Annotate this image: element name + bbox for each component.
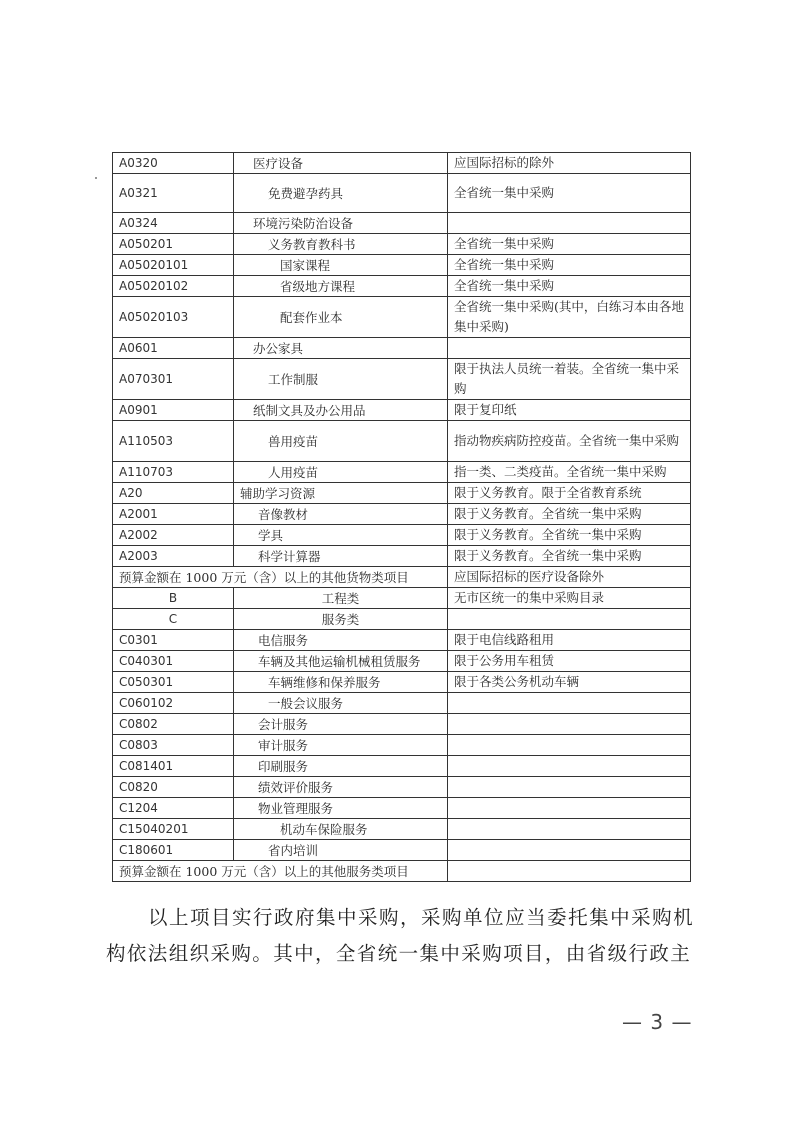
item-code: A2003	[113, 546, 234, 567]
item-code: A0321	[113, 174, 234, 213]
item-name: 国家课程	[234, 255, 448, 276]
item-name: 车辆维修和保养服务	[234, 672, 448, 693]
item-note	[448, 714, 691, 735]
table-row-merged: 预算金额在 1000 万元（含）以上的其他货物类项目 应国际招标的医疗设备除外	[113, 567, 691, 588]
item-name: 义务教育教科书	[234, 234, 448, 255]
item-name: 医疗设备	[234, 153, 448, 174]
item-code: A110703	[113, 462, 234, 483]
item-name: 学具	[234, 525, 448, 546]
item-note: 限于义务教育。全省统一集中采购	[448, 504, 691, 525]
page-number: — 3 —	[622, 1010, 692, 1034]
item-note	[448, 861, 691, 882]
category-code: B	[113, 588, 234, 609]
table-row: A050201 义务教育教科书 全省统一集中采购	[113, 234, 691, 255]
item-code: A2002	[113, 525, 234, 546]
item-note	[448, 609, 691, 630]
table-row: C040301 车辆及其他运输机械租赁服务 限于公务用车租赁	[113, 651, 691, 672]
item-name: 审计服务	[234, 735, 448, 756]
item-name: 音像教材	[234, 504, 448, 525]
table-row: C180601 省内培训	[113, 840, 691, 861]
item-note: 限于复印纸	[448, 400, 691, 421]
table-row: C0820 绩效评价服务	[113, 777, 691, 798]
table-row: A110503 兽用疫苗 指动物疾病防控疫苗。全省统一集中采购	[113, 421, 691, 462]
item-note	[448, 798, 691, 819]
item-code: A0320	[113, 153, 234, 174]
item-name: 辅助学习资源	[234, 483, 448, 504]
item-note: 全省统一集中采购	[448, 276, 691, 297]
item-code: C0802	[113, 714, 234, 735]
item-note: 限于公务用车租赁	[448, 651, 691, 672]
item-name: 省级地方课程	[234, 276, 448, 297]
item-code: A05020101	[113, 255, 234, 276]
item-note: 限于执法人员统一着装。全省统一集中采购	[448, 359, 691, 400]
item-code: A070301	[113, 359, 234, 400]
table-row: A05020101 国家课程 全省统一集中采购	[113, 255, 691, 276]
body-paragraph: 以上项目实行政府集中采购，采购单位应当委托集中采购机构依法组织采购。其中，全省统…	[106, 900, 694, 972]
table-row: A0324 环境污染防治设备	[113, 213, 691, 234]
item-code: A2001	[113, 504, 234, 525]
item-name: 环境污染防治设备	[234, 213, 448, 234]
table-row: C1204 物业管理服务	[113, 798, 691, 819]
item-name: 物业管理服务	[234, 798, 448, 819]
item-name: 纸制文具及办公用品	[234, 400, 448, 421]
category-code: C	[113, 609, 234, 630]
item-note: 全省统一集中采购(其中，白练习本由各地集中采购)	[448, 297, 691, 338]
table-row: A2003 科学计算器 限于义务教育。全省统一集中采购	[113, 546, 691, 567]
item-code: C060102	[113, 693, 234, 714]
item-code: C0301	[113, 630, 234, 651]
item-code: A110503	[113, 421, 234, 462]
item-code: C15040201	[113, 819, 234, 840]
item-code: A20	[113, 483, 234, 504]
item-note	[448, 213, 691, 234]
item-name: 免费避孕药具	[234, 174, 448, 213]
item-note: 限于义务教育。全省统一集中采购	[448, 525, 691, 546]
table-row: C050301 车辆维修和保养服务 限于各类公务机动车辆	[113, 672, 691, 693]
item-code: C0803	[113, 735, 234, 756]
item-code: C1204	[113, 798, 234, 819]
item-code: C0820	[113, 777, 234, 798]
category-name: 工程类	[234, 588, 448, 609]
table-row-category: C 服务类	[113, 609, 691, 630]
item-code: A0601	[113, 338, 234, 359]
table-row: C0803 审计服务	[113, 735, 691, 756]
item-name: 电信服务	[234, 630, 448, 651]
table-row-merged: 预算金额在 1000 万元（含）以上的其他服务类项目	[113, 861, 691, 882]
item-note: 限于义务教育。全省统一集中采购	[448, 546, 691, 567]
item-name: 工作制服	[234, 359, 448, 400]
item-name: 科学计算器	[234, 546, 448, 567]
item-code: C081401	[113, 756, 234, 777]
category-name: 服务类	[234, 609, 448, 630]
procurement-catalog-table: A0320 医疗设备 应国际招标的除外 A0321 免费避孕药具 全省统一集中采…	[112, 152, 691, 882]
table-row: C0802 会计服务	[113, 714, 691, 735]
table-row: A0901 纸制文具及办公用品 限于复印纸	[113, 400, 691, 421]
table-row: A0321 免费避孕药具 全省统一集中采购	[113, 174, 691, 213]
item-name: 绩效评价服务	[234, 777, 448, 798]
item-name: 会计服务	[234, 714, 448, 735]
table-row: A20 辅助学习资源 限于义务教育。限于全省教育系统	[113, 483, 691, 504]
table-row: A05020103 配套作业本 全省统一集中采购(其中，白练习本由各地集中采购)	[113, 297, 691, 338]
item-code: A050201	[113, 234, 234, 255]
item-note: 全省统一集中采购	[448, 255, 691, 276]
item-note: 限于各类公务机动车辆	[448, 672, 691, 693]
item-note: 全省统一集中采购	[448, 234, 691, 255]
item-note	[448, 338, 691, 359]
item-note	[448, 777, 691, 798]
item-code: C180601	[113, 840, 234, 861]
item-note	[448, 756, 691, 777]
item-note: 指动物疾病防控疫苗。全省统一集中采购	[448, 421, 691, 462]
item-name: 办公家具	[234, 338, 448, 359]
item-note: 应国际招标的除外	[448, 153, 691, 174]
item-note: 应国际招标的医疗设备除外	[448, 567, 691, 588]
item-note	[448, 735, 691, 756]
item-note	[448, 819, 691, 840]
item-code: A0324	[113, 213, 234, 234]
item-code: A05020102	[113, 276, 234, 297]
merged-category-label: 预算金额在 1000 万元（含）以上的其他服务类项目	[113, 861, 448, 882]
item-name: 机动车保险服务	[234, 819, 448, 840]
table-row: C0301 电信服务 限于电信线路租用	[113, 630, 691, 651]
table-row: C060102 一般会议服务	[113, 693, 691, 714]
item-name: 印刷服务	[234, 756, 448, 777]
table-row: A070301 工作制服 限于执法人员统一着装。全省统一集中采购	[113, 359, 691, 400]
item-name: 人用疫苗	[234, 462, 448, 483]
table-row: C15040201 机动车保险服务	[113, 819, 691, 840]
item-code: C040301	[113, 651, 234, 672]
merged-category-label: 预算金额在 1000 万元（含）以上的其他货物类项目	[113, 567, 448, 588]
table-row: A0320 医疗设备 应国际招标的除外	[113, 153, 691, 174]
item-name: 配套作业本	[234, 297, 448, 338]
table-row: A05020102 省级地方课程 全省统一集中采购	[113, 276, 691, 297]
item-code: C050301	[113, 672, 234, 693]
table-row: A110703 人用疫苗 指一类、二类疫苗。全省统一集中采购	[113, 462, 691, 483]
item-note: 限于义务教育。限于全省教育系统	[448, 483, 691, 504]
item-note: 限于电信线路租用	[448, 630, 691, 651]
item-note	[448, 693, 691, 714]
item-note: 全省统一集中采购	[448, 174, 691, 213]
item-name: 一般会议服务	[234, 693, 448, 714]
table-row: A2002 学具 限于义务教育。全省统一集中采购	[113, 525, 691, 546]
item-note	[448, 840, 691, 861]
scan-artifact-dot	[95, 177, 97, 179]
table-row: A2001 音像教材 限于义务教育。全省统一集中采购	[113, 504, 691, 525]
table-row: A0601 办公家具	[113, 338, 691, 359]
item-name: 省内培训	[234, 840, 448, 861]
item-note: 无市区统一的集中采购目录	[448, 588, 691, 609]
table-row: C081401 印刷服务	[113, 756, 691, 777]
item-name: 车辆及其他运输机械租赁服务	[234, 651, 448, 672]
item-name: 兽用疫苗	[234, 421, 448, 462]
item-code: A05020103	[113, 297, 234, 338]
item-note: 指一类、二类疫苗。全省统一集中采购	[448, 462, 691, 483]
table-row-category: B 工程类 无市区统一的集中采购目录	[113, 588, 691, 609]
item-code: A0901	[113, 400, 234, 421]
